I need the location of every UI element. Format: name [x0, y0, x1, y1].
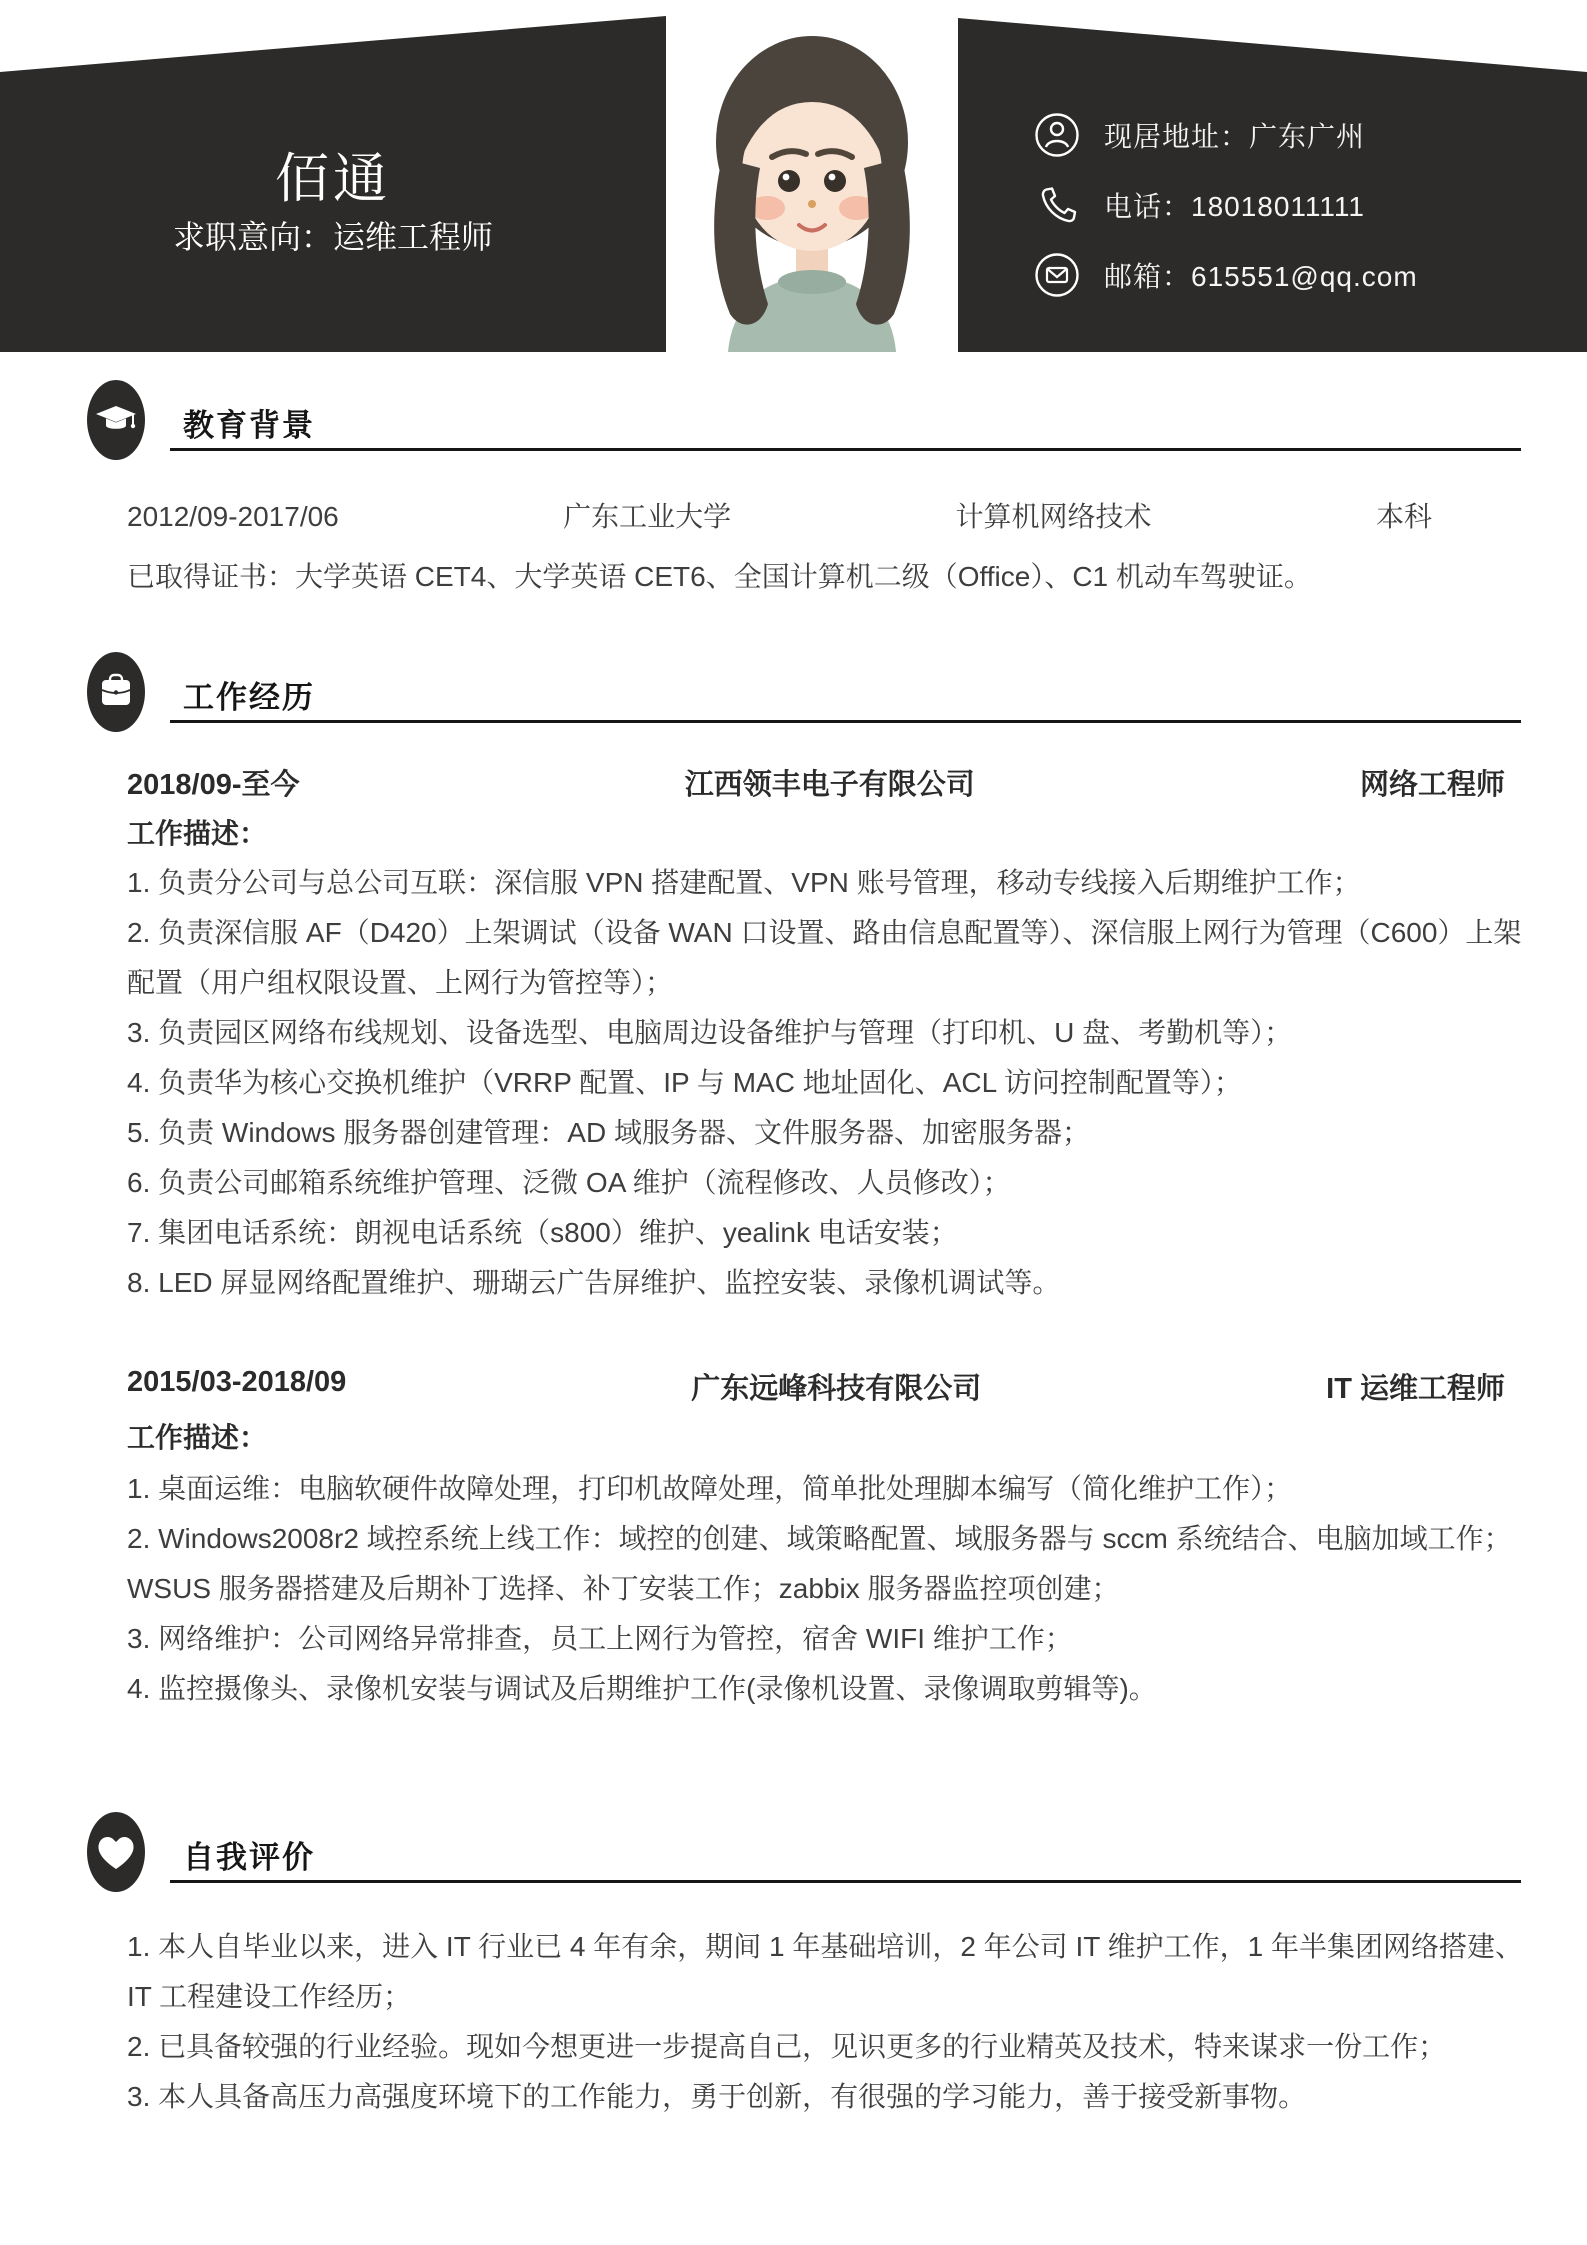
job2-items: 1. 桌面运维：电脑软硬件故障处理，打印机故障处理，简单批处理脚本编写（简化维护…: [127, 1464, 1527, 1714]
section-title-education: 教育背景: [183, 400, 315, 445]
list-item: 1. 负责分公司与总公司互联：深信服 VPN 搭建配置、VPN 账号管理，移动专…: [127, 858, 1527, 908]
list-item: 3. 负责园区网络布线规划、设备选型、电脑周边设备维护与管理（打印机、U 盘、考…: [127, 1008, 1527, 1058]
list-item: 5. 负责 Windows 服务器创建管理：AD 域服务器、文件服务器、加密服务…: [127, 1108, 1527, 1158]
list-item: 2. 负责深信服 AF（D420）上架调试（设备 WAN 口设置、路由信息配置等…: [127, 908, 1527, 1008]
contact-phone-row: 电话：18018011111: [1034, 170, 1418, 240]
avatar-illustration: [666, 10, 958, 352]
education-certificates: 已取得证书：大学英语 CET4、大学英语 CET6、全国计算机二级（Office…: [127, 552, 1527, 602]
graduation-cap-icon: [87, 380, 145, 460]
resume-page: 佰通 求职意向：运维工程师: [0, 0, 1587, 2245]
list-item: 4. 监控摄像头、录像机安装与调试及后期维护工作(录像机设置、录像调取剪辑等)。: [127, 1664, 1527, 1714]
section-title-work: 工作经历: [183, 672, 315, 717]
briefcase-icon: [87, 652, 145, 732]
list-item: 2. Windows2008r2 域控系统上线工作：域控的创建、域策略配置、域服…: [127, 1514, 1527, 1614]
job1-desc-label: 工作描述：: [127, 812, 267, 852]
list-item: 2. 已具备较强的行业经验。现如今想更进一步提高自己，见识更多的行业精英及技术，…: [127, 2022, 1527, 2072]
education-row: 2012/09-2017/06 广东工业大学 计算机网络技术 本科: [127, 492, 1432, 542]
list-item: 1. 桌面运维：电脑软硬件故障处理，打印机故障处理，简单批处理脚本编写（简化维护…: [127, 1464, 1527, 1514]
job2-role: IT 运维工程师: [1326, 1366, 1505, 1407]
education-period: 2012/09-2017/06: [127, 492, 339, 542]
job2-heading: 2015/03-2018/09 广东远峰科技有限公司 IT 运维工程师: [127, 1366, 1505, 1407]
heart-icon: [87, 1812, 145, 1892]
section-divider: [170, 1880, 1521, 1883]
list-item: 1. 本人自毕业以来，进入 IT 行业已 4 年有余，期间 1 年基础培训，2 …: [127, 1922, 1527, 2022]
header-banner-right: 现居地址：广东广州 电话：18018011111 邮箱：615551@qq.co…: [958, 0, 1587, 352]
contact-email-row: 邮箱：615551@qq.com: [1034, 240, 1418, 310]
contact-address: 现居地址：广东广州: [1104, 115, 1365, 155]
job1-company: 江西领丰电子有限公司: [685, 762, 975, 803]
education-degree: 本科: [1376, 492, 1432, 542]
person-icon: [1034, 112, 1080, 158]
contact-list: 现居地址：广东广州 电话：18018011111 邮箱：615551@qq.co…: [1034, 100, 1418, 310]
self-evaluation-items: 1. 本人自毕业以来，进入 IT 行业已 4 年有余，期间 1 年基础培训，2 …: [127, 1922, 1527, 2122]
section-title-self-evaluation: 自我评价: [183, 1832, 315, 1877]
list-item: 4. 负责华为核心交换机维护（VRRP 配置、IP 与 MAC 地址固化、ACL…: [127, 1058, 1527, 1108]
header-banner-left: 佰通 求职意向：运维工程师: [0, 0, 666, 352]
section-divider: [170, 720, 1521, 723]
contact-phone: 电话：18018011111: [1104, 185, 1365, 225]
job2-period: 2015/03-2018/09: [127, 1366, 346, 1407]
section-divider: [170, 448, 1521, 451]
list-item: 7. 集团电话系统：朗视电话系统（s800）维护、yealink 电话安装；: [127, 1208, 1527, 1258]
avatar: [666, 10, 958, 352]
job1-period: 2018/09-至今: [127, 762, 300, 803]
job1-role: 网络工程师: [1360, 762, 1505, 803]
list-item: 3. 网络维护：公司网络异常排查，员工上网行为管控，宿舍 WIFI 维护工作；: [127, 1614, 1527, 1664]
list-item: 6. 负责公司邮箱系统维护管理、泛微 OA 维护（流程修改、人员修改）；: [127, 1158, 1527, 1208]
job-intention: 求职意向：运维工程师: [0, 212, 666, 258]
job1-items: 1. 负责分公司与总公司互联：深信服 VPN 搭建配置、VPN 账号管理，移动专…: [127, 858, 1527, 1308]
list-item: 8. LED 屏显网络配置维护、珊瑚云广告屏维护、监控安装、录像机调试等。: [127, 1258, 1527, 1308]
contact-address-row: 现居地址：广东广州: [1034, 100, 1418, 170]
mail-icon: [1034, 252, 1080, 298]
job1-heading: 2018/09-至今 江西领丰电子有限公司 网络工程师: [127, 762, 1505, 803]
job2-desc-label: 工作描述：: [127, 1416, 267, 1456]
list-item: 3. 本人具备高压力高强度环境下的工作能力，勇于创新，有很强的学习能力，善于接受…: [127, 2072, 1527, 2122]
phone-icon: [1034, 182, 1080, 228]
job2-company: 广东远峰科技有限公司: [691, 1366, 981, 1407]
education-school: 广东工业大学: [563, 492, 731, 542]
education-major: 计算机网络技术: [956, 492, 1152, 542]
contact-email: 邮箱：615551@qq.com: [1104, 255, 1418, 295]
candidate-name: 佰通: [0, 136, 666, 213]
